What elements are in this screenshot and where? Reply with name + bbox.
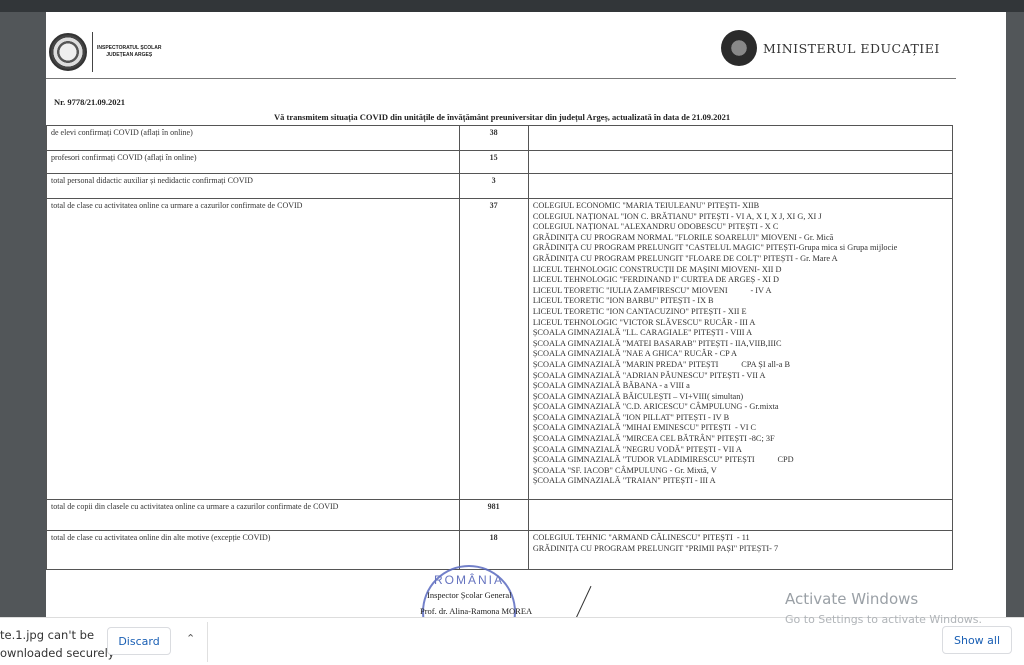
school-entry: COLEGIUL TEHNIC "ARMAND CĂLINESCU" PITEȘ… [533, 533, 948, 544]
school-entry: ȘCOALA GIMNAZIALĂ "MATEI BASARAB" PITEȘT… [533, 339, 948, 350]
covid-table: de elevi confirmați COVID (aflați în onl… [46, 125, 953, 570]
school-entry: GRĂDINIȚA CU PROGRAM PRELUNGIT "PRIMII P… [533, 544, 948, 555]
school-entry: LICEUL TEORETIC "ION CANTACUZINO" PITEȘT… [533, 307, 948, 318]
table-row: profesori confirmați COVID (aflați în on… [47, 151, 953, 174]
download-separator [207, 622, 208, 662]
row-value: 18 [459, 531, 528, 570]
school-entry: LICEUL TEHNOLOGIC "VICTOR SLĂVESCU" RUCĂ… [533, 318, 948, 329]
school-entry: LICEUL TEHNOLOGIC "FERDINAND I" CURTEA D… [533, 275, 948, 286]
download-message: te.1.jpg can't be ownloaded securely [0, 626, 115, 662]
school-entry: LICEUL TEORETIC "IULIA ZAMFIRESCU" MIOVE… [533, 286, 948, 297]
table-row: total de clase cu activitatea online din… [47, 531, 953, 570]
school-entry: ȘCOALA GIMNAZIALĂ "ADRIAN PĂUNESCU" PITE… [533, 371, 948, 382]
row-label: total personal didactic auxiliar și nedi… [47, 174, 460, 199]
school-entry: LICEUL TEORETIC "ION BARBU" PITEȘTI - IX… [533, 296, 948, 307]
table-row: de elevi confirmați COVID (aflați în onl… [47, 126, 953, 151]
row-details [528, 151, 952, 174]
row-value: 37 [459, 199, 528, 500]
row-value: 15 [459, 151, 528, 174]
school-entry: ȘCOALA GIMNAZIALĂ "I.L. CARAGIALE" PITEȘ… [533, 328, 948, 339]
school-entry: COLEGIUL NAȚIONAL "ALEXANDRU ODOBESCU" P… [533, 222, 948, 233]
row-details [528, 500, 952, 531]
document-subtitle: Vă transmitem situația COVID din unități… [274, 112, 730, 122]
activate-windows-title: Activate Windows [785, 590, 918, 608]
activate-windows-subtitle: Go to Settings to activate Windows. [785, 613, 982, 626]
school-entry: ȘCOALA GIMNAZIALĂ "ION PILLAT" PITEȘTI -… [533, 413, 948, 424]
download-message-line2: ownloaded securely [0, 644, 115, 662]
school-entry: ȘCOALA GIMNAZIALĂ "NEGRU VODĂ" PITEȘTI -… [533, 445, 948, 456]
ministry-crest-icon [721, 30, 757, 66]
table-row: total personal didactic auxiliar și nedi… [47, 174, 953, 199]
signature-title: Inspector Școlar General [427, 590, 512, 600]
school-entry: ȘCOALA GIMNAZIALĂ "C.D. ARICESCU" CÂMPUL… [533, 402, 948, 413]
school-entry: ȘCOALA GIMNAZIALĂ "MARIN PREDA" PITEȘTI … [533, 360, 948, 371]
school-entry: ȘCOALA GIMNAZIALĂ "NAE A GHICA" RUCĂR - … [533, 349, 948, 360]
document-page: INSPECTORATUL ȘCOLAR JUDEȚEAN ARGEȘ MINI… [46, 12, 1006, 622]
school-entry: LICEUL TEHNOLOGIC CONSTRUCȚII DE MAȘINI … [533, 265, 948, 276]
row-value: 981 [459, 500, 528, 531]
viewer-toolbar [0, 0, 1024, 12]
row-details [528, 174, 952, 199]
row-label: total de clase cu activitatea online ca … [47, 199, 460, 500]
school-entry: COLEGIUL ECONOMIC "MARIA TEIULEANU" PITE… [533, 201, 948, 212]
isj-line1: INSPECTORATUL ȘCOLAR [97, 45, 161, 52]
signature-name: Prof. dr. Alina-Ramona MOREA [420, 606, 532, 616]
row-details: COLEGIUL ECONOMIC "MARIA TEIULEANU" PITE… [528, 199, 952, 500]
row-value: 38 [459, 126, 528, 151]
download-message-line1: te.1.jpg can't be [0, 626, 115, 644]
table-row: total de clase cu activitatea online ca … [47, 199, 953, 500]
isj-seal-icon [49, 33, 87, 71]
header-divider [92, 32, 93, 72]
school-entry: ȘCOALA GIMNAZIALĂ "TRAIAN" PITEȘTI - III… [533, 476, 948, 487]
school-entry: COLEGIUL NAȚIONAL "ION C. BRĂTIANU" PITE… [533, 212, 948, 223]
header-rule [46, 78, 956, 79]
row-label: total de clase cu activitatea online din… [47, 531, 460, 570]
ministry-header: MINISTERUL EDUCAȚIEI [721, 30, 940, 66]
school-entry: GRĂDINIȚA CU PROGRAM PRELUNGIT "FLOARE D… [533, 254, 948, 265]
row-label: de elevi confirmați COVID (aflați în onl… [47, 126, 460, 151]
stamp-text: ROMÂNIA [424, 573, 514, 587]
ministry-name: MINISTERUL EDUCAȚIEI [763, 41, 940, 56]
isj-line2: JUDEȚEAN ARGEȘ [97, 52, 161, 59]
school-entry: ȘCOALA GIMNAZIALĂ "MIRCEA CEL BĂTRÂN" PI… [533, 434, 948, 445]
table-row: total de copii din clasele cu activitate… [47, 500, 953, 531]
school-entry: ȘCOALA "SF. IACOB" CÂMPULUNG - Gr. Mixtă… [533, 466, 948, 477]
chevron-up-icon[interactable]: ⌃ [186, 632, 195, 645]
row-label: profesori confirmați COVID (aflați în on… [47, 151, 460, 174]
row-details [528, 126, 952, 151]
isj-name: INSPECTORATUL ȘCOLAR JUDEȚEAN ARGEȘ [97, 45, 161, 59]
row-details: COLEGIUL TEHNIC "ARMAND CĂLINESCU" PITEȘ… [528, 531, 952, 570]
school-entry: ȘCOALA GIMNAZIALĂ "TUDOR VLADIMIRESCU" P… [533, 455, 948, 466]
school-entry: ȘCOALA GIMNAZIALĂ BĂBANA - a VIII a [533, 381, 948, 392]
discard-button[interactable]: Discard [107, 627, 171, 655]
school-entry: ȘCOALA GIMNAZIALĂ "MIHAI EMINESCU" PITEȘ… [533, 423, 948, 434]
row-value: 3 [459, 174, 528, 199]
school-entry: ȘCOALA GIMNAZIALĂ BĂICULEȘTI – VI+VIII( … [533, 392, 948, 403]
show-all-button[interactable]: Show all [942, 626, 1012, 654]
isj-header: INSPECTORATUL ȘCOLAR JUDEȚEAN ARGEȘ [49, 32, 161, 72]
school-entry: GRĂDINIȚA CU PROGRAM NORMAL "FLORILE SOA… [533, 233, 948, 244]
document-number: Nr. 9778/21.09.2021 [54, 97, 125, 107]
school-entry: GRĂDINIȚA CU PROGRAM PRELUNGIT "CASTELUL… [533, 243, 948, 254]
row-label: total de copii din clasele cu activitate… [47, 500, 460, 531]
